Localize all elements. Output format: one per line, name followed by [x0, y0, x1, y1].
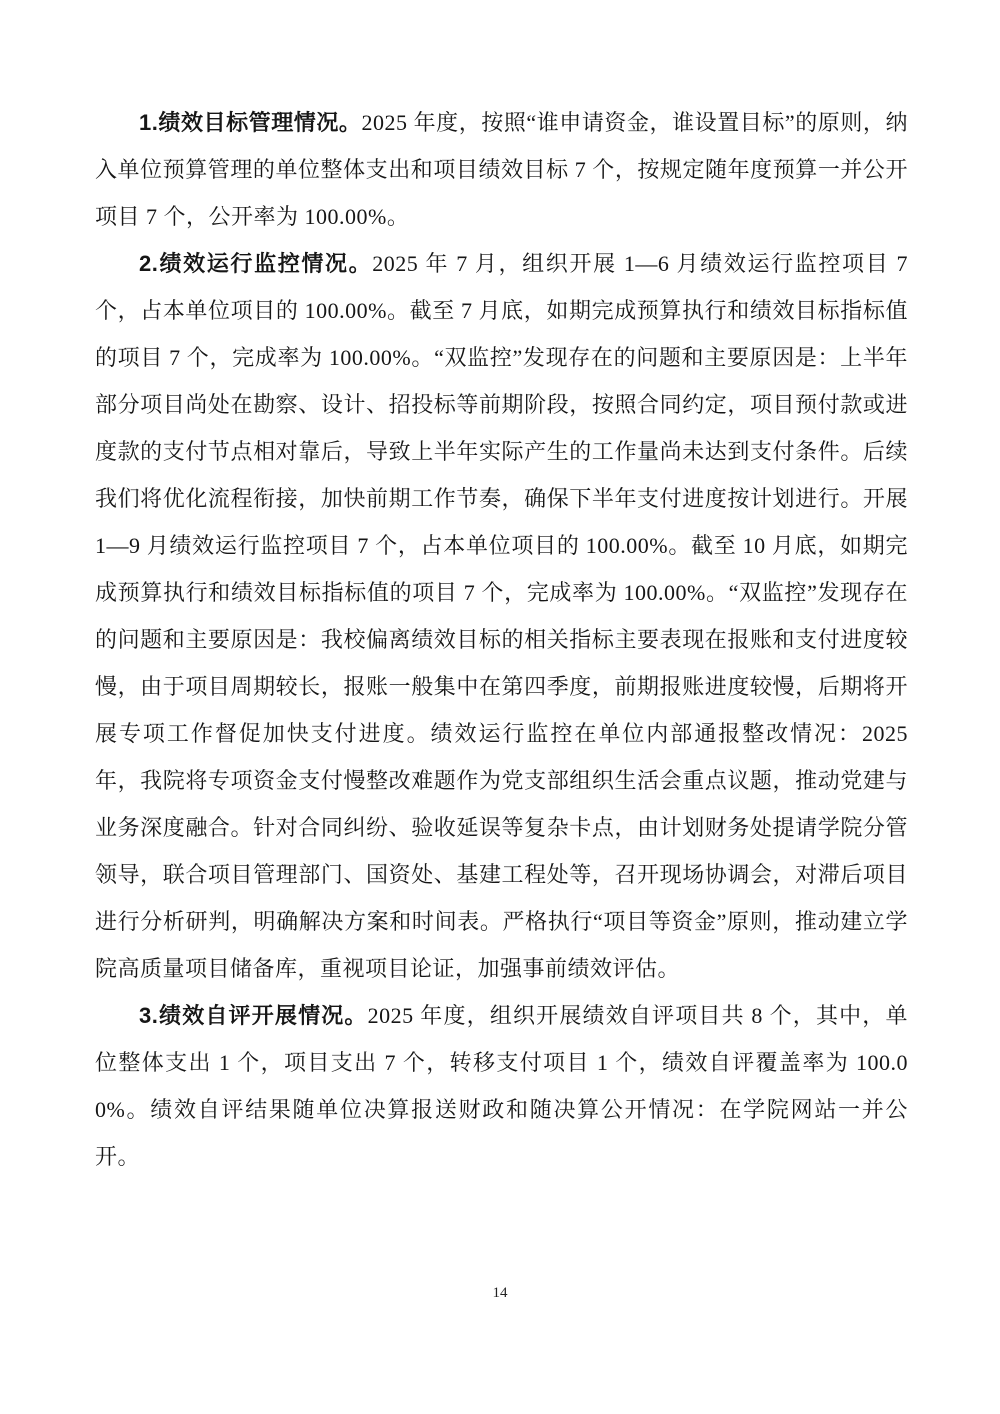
paragraph-1-heading: 1.绩效目标管理情况。	[139, 110, 362, 135]
paragraph-2-heading: 2.绩效运行监控情况。	[139, 251, 372, 276]
paragraph-performance-monitoring: 2.绩效运行监控情况。2025 年 7 月，组织开展 1—6 月绩效运行监控项目…	[95, 240, 908, 992]
paragraph-2-body: 2025 年 7 月，组织开展 1—6 月绩效运行监控项目 7 个，占本单位项目…	[95, 251, 908, 981]
page-number: 14	[0, 1283, 1000, 1303]
document-body: 1.绩效目标管理情况。2025 年度，按照“谁申请资金，谁设置目标”的原则，纳入…	[95, 99, 908, 1180]
paragraph-performance-goal-management: 1.绩效目标管理情况。2025 年度，按照“谁申请资金，谁设置目标”的原则，纳入…	[95, 99, 908, 240]
paragraph-self-evaluation: 3.绩效自评开展情况。2025 年度，组织开展绩效自评项目共 8 个，其中，单位…	[95, 992, 908, 1180]
document-page: 1.绩效目标管理情况。2025 年度，按照“谁申请资金，谁设置目标”的原则，纳入…	[0, 0, 1000, 1414]
paragraph-3-heading: 3.绩效自评开展情况。	[139, 1003, 368, 1028]
